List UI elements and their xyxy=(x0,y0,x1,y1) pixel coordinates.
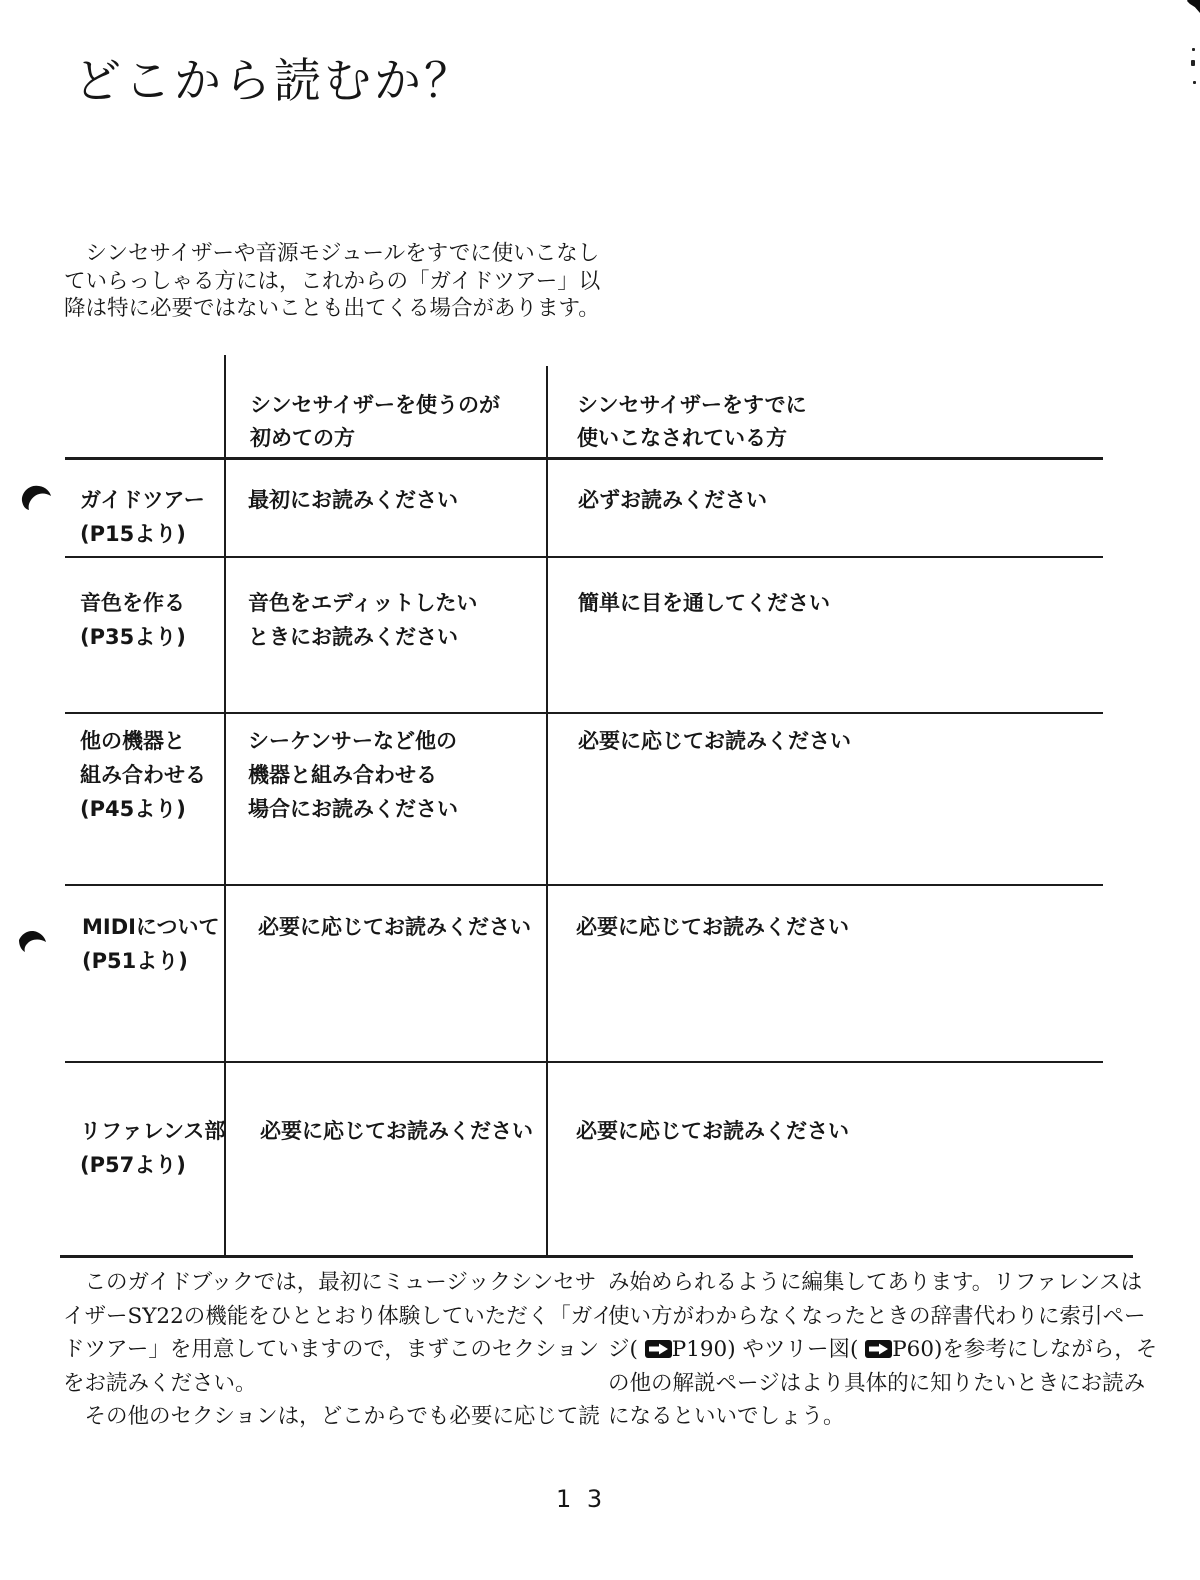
page-title: どこから読むか？ xyxy=(74,44,474,111)
row-label-other-devices: 他の機器と組み合わせる(P45より) xyxy=(80,724,206,826)
column-header-beginner: シンセサイザーを使うのが初めての方 xyxy=(250,389,500,455)
table-rule xyxy=(65,884,1103,886)
footer-left-paragraph: このガイドブックでは，最初にミュージックシンセサイザーSY22の機能をひととおり… xyxy=(63,1266,613,1434)
cell-experienced: 必要に応じてお読みください xyxy=(576,1114,849,1148)
table-rule-bottom xyxy=(60,1255,1133,1258)
table-column-divider xyxy=(546,366,548,1255)
table-rule xyxy=(65,1061,1103,1063)
footer-right-line: の他の解説ページはより具体的に知りたいときにお読み xyxy=(608,1367,1157,1401)
row-label-midi: MIDIについて(P51より) xyxy=(82,910,220,978)
cell-experienced: 簡単に目を通してください xyxy=(578,586,830,620)
cell-experienced: 必要に応じてお読みください xyxy=(578,724,851,758)
column-header-experienced: シンセサイザーをすでに使いこなされている方 xyxy=(577,389,807,455)
page-number: 1 3 xyxy=(556,1485,606,1513)
table-rule xyxy=(65,556,1103,558)
row-label-make-voice: 音色を作る(P35より) xyxy=(80,586,186,654)
cell-experienced: 必要に応じてお読みください xyxy=(576,910,849,944)
footer-right-paragraph: み始められるように編集してあります。リファレンスは 使い方がわからなくなったとき… xyxy=(608,1266,1157,1434)
cell-beginner: 最初にお読みください xyxy=(248,483,458,517)
ref-text: ジ( xyxy=(608,1337,645,1362)
scan-speck xyxy=(1191,60,1195,66)
row-label-guide-tour: ガイドツアー(P15より) xyxy=(80,483,205,551)
cell-beginner: シーケンサーなど他の機器と組み合わせる場合にお読みください xyxy=(248,724,458,826)
scan-speck xyxy=(1192,48,1195,51)
cell-beginner: 音色をエディットしたいときにお読みください xyxy=(248,586,477,654)
intro-paragraph: シンセサイザーや音源モジュールをすでに使いこなしていらっしゃる方には，これからの… xyxy=(64,240,564,323)
footer-right-line: み始められるように編集してあります。リファレンスは xyxy=(608,1266,1157,1300)
arrow-right-icon xyxy=(645,1340,672,1358)
page-corner-mark xyxy=(1183,0,1200,13)
margin-ink-mark-icon xyxy=(16,926,48,954)
cell-beginner: 必要に応じてお読みください xyxy=(260,1114,533,1148)
manual-page: どこから読むか？ シンセサイザーや音源モジュールをすでに使いこなしていらっしゃる… xyxy=(0,0,1200,1580)
footer-right-line: になるといいでしょう。 xyxy=(608,1400,1157,1434)
table-rule xyxy=(65,457,1103,460)
cell-beginner: 必要に応じてお読みください xyxy=(258,910,531,944)
margin-ink-mark-icon xyxy=(18,479,54,513)
row-label-reference: リファレンス部(P57より) xyxy=(80,1114,225,1182)
arrow-right-icon xyxy=(865,1340,892,1358)
ref-text: P190) やツリー図( xyxy=(672,1337,865,1362)
cell-experienced: 必ずお読みください xyxy=(578,483,767,517)
scan-speck xyxy=(1193,81,1196,84)
footer-right-line-with-refs: ジ( P190) やツリー図( P60)を参考にしながら，そ xyxy=(608,1333,1157,1367)
table-rule xyxy=(65,712,1103,714)
ref-text: P60)を参考にしながら，そ xyxy=(892,1337,1157,1362)
footer-right-line: 使い方がわからなくなったときの辞書代わりに索引ペー xyxy=(608,1300,1157,1334)
